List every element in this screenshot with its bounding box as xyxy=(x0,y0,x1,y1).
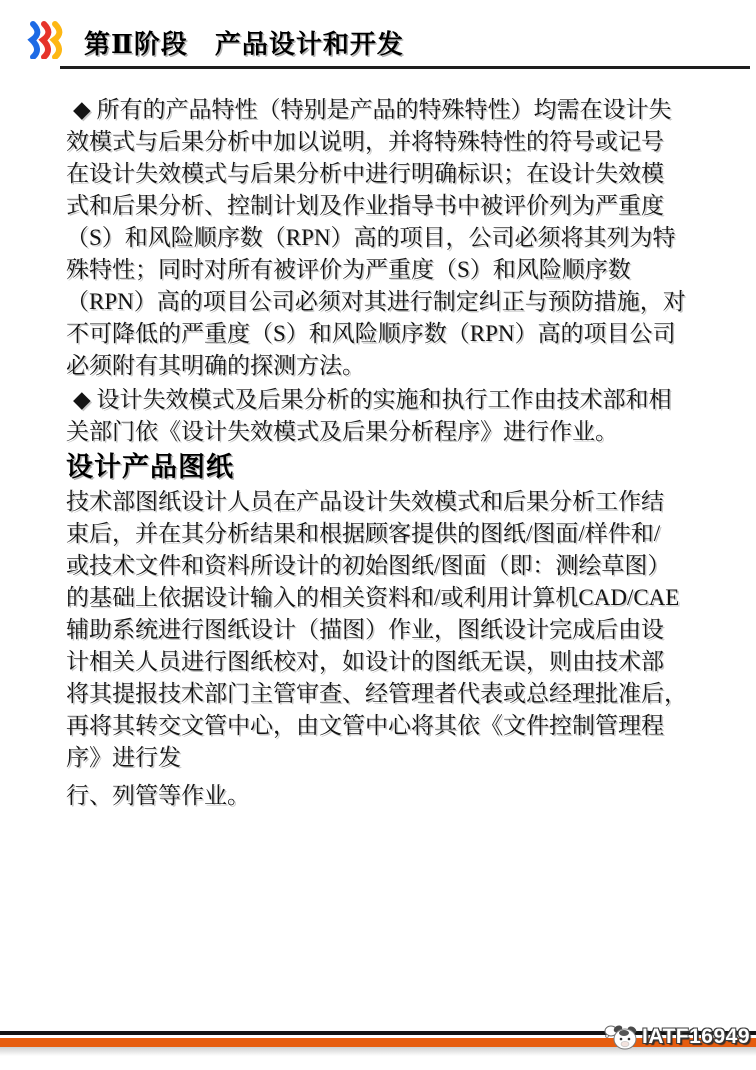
header-divider xyxy=(60,66,750,69)
wave-yellow xyxy=(54,24,59,57)
paragraph-line: ◆ 所有的产品特性（特别是产品的特殊特性）均需在设计失 xyxy=(66,94,714,126)
paragraph-line: ◆ 设计失效模式及后果分析的实施和执行工作由技术部和相 xyxy=(66,384,714,416)
triple-wave-logo-icon xyxy=(25,21,67,59)
paragraph-line: 的基础上依据设计输入的相关资料和/或利用计算机CAD/CAE xyxy=(66,582,714,614)
paragraph-line: 束后，并在其分析结果和根据顾客提供的图纸/图面/样件和/ xyxy=(66,518,714,550)
paragraph-line: 在设计失效模式与后果分析中进行明确标识；在设计失效模 xyxy=(66,158,714,190)
paragraph-line: （RPN）高的项目公司必须对其进行制定纠正与预防措施，对 xyxy=(66,286,714,318)
paragraph-line: 辅助系统进行图纸设计（描图）作业，图纸设计完成后由设 xyxy=(66,614,714,646)
paragraph-line: 关部门依《设计失效模式及后果分析程序》进行作业。 xyxy=(66,416,714,448)
brand-label: IATF16949 xyxy=(642,1025,750,1049)
slide-page: 第Ⅱ阶段 产品设计和开发 ◆ 所有的产品特性（特别是产品的特殊特性）均需在设计失… xyxy=(0,0,756,1070)
paragraph-line: 再将其转交文管中心，由文管中心将其依《文件控制管理程 xyxy=(66,710,714,742)
paragraph-line: 或技术文件和资料所设计的初始图纸/图面（即：测绘草图） xyxy=(66,550,714,582)
paragraph-line: 计相关人员进行图纸校对，如设计的图纸无误，则由技术部 xyxy=(66,646,714,678)
paragraph-line: 序》进行发 xyxy=(66,742,714,774)
paragraph-line: 技术部图纸设计人员在产品设计失效模式和后果分析工作结 xyxy=(66,486,714,518)
footer-brand: IATF16949 xyxy=(604,1020,750,1054)
paragraph-line: 必须附有其明确的探测方法。 xyxy=(66,350,714,382)
paragraph-dfmea-execution: ◆ 设计失效模式及后果分析的实施和执行工作由技术部和相 关部门依《设计失效模式及… xyxy=(66,384,714,448)
paragraph-line: 式和后果分析、控制计划及作业指导书中被评价列为严重度 xyxy=(66,190,714,222)
paragraph-line: 殊特性；同时对所有被评价为严重度（S）和风险顺序数 xyxy=(66,254,714,286)
page-title: 第Ⅱ阶段 产品设计和开发 xyxy=(84,24,404,61)
paragraph-special-characteristics: ◆ 所有的产品特性（特别是产品的特殊特性）均需在设计失 效模式与后果分析中加以说… xyxy=(66,94,714,382)
paragraph-drawing-design-process: 技术部图纸设计人员在产品设计失效模式和后果分析工作结 束后，并在其分析结果和根据… xyxy=(66,486,714,774)
paragraph-line: 效模式与后果分析中加以说明，并将特殊特性的符号或记号 xyxy=(66,126,714,158)
paragraph-line: （S）和风险顺序数（RPN）高的项目，公司必须将其列为特 xyxy=(66,222,714,254)
paragraph-line: 不可降低的严重度（S）和风险顺序数（RPN）高的项目公司 xyxy=(66,318,714,350)
wave-blue xyxy=(32,24,37,57)
mascot-icon xyxy=(604,1022,640,1052)
paragraph-line: 将其提报技术部门主管审查、经管理者代表或总经理批准后， xyxy=(66,678,714,710)
paragraph-line: 行、列管等作业。 xyxy=(66,780,714,812)
wave-red xyxy=(43,24,48,57)
paragraph-issuance: 行、列管等作业。 xyxy=(66,780,714,812)
section-heading-design-drawings: 设计产品图纸 xyxy=(66,448,234,486)
